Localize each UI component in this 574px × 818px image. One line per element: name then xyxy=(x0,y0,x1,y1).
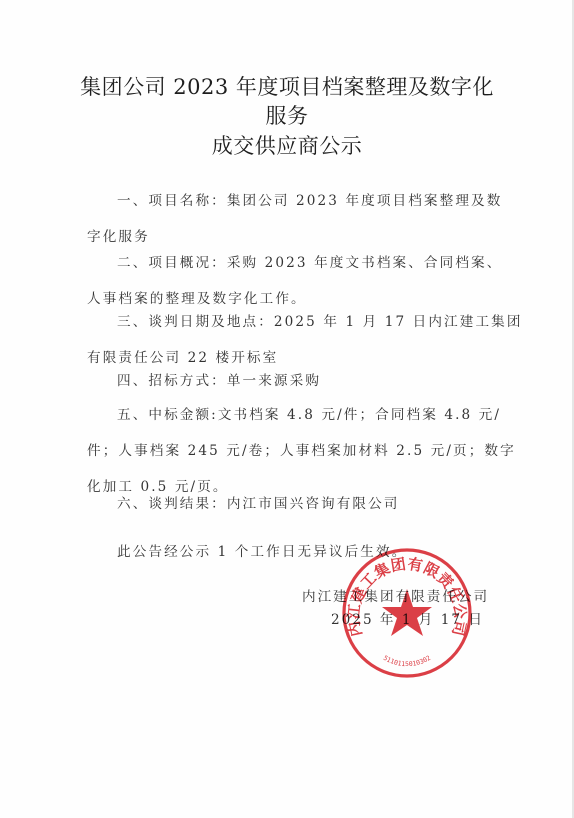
seal-code: 5110115010302 xyxy=(382,654,432,668)
document-title-line-3: 成交供应商公示 xyxy=(0,131,574,161)
section-negotiation-result: 六、谈判结果：内江市国兴咨询有限公司 xyxy=(87,486,487,522)
document-title-line-2: 服务 xyxy=(0,101,574,131)
section-line: 五、中标金额:文书档案 4.8 元/件；合同档案 4.8 元/ xyxy=(87,397,487,433)
section-line: 三、谈判日期及地点：2025 年 1 月 17 日内江建工集团 xyxy=(87,304,487,340)
section-line: 一、项目名称：集团公司 2023 年度项目档案整理及数 xyxy=(87,183,487,219)
document-title-line-1: 集团公司 2023 年度项目档案整理及数字化 xyxy=(0,72,574,102)
signature-company: 内江建工集团有限责任公司 xyxy=(302,585,489,605)
section-bidding-method: 四、招标方式：单一来源采购 xyxy=(87,363,487,399)
section-line: 件；人事档案 245 元/卷；人事档案加材料 2.5 元/页；数字 xyxy=(87,433,487,469)
svg-text:5110115010302: 5110115010302 xyxy=(382,654,432,668)
section-line: 四、招标方式：单一来源采购 xyxy=(87,363,487,399)
section-line: 六、谈判结果：内江市国兴咨询有限公司 xyxy=(87,486,487,522)
document-page: 集团公司 2023 年度项目档案整理及数字化 服务 成交供应商公示 一、项目名称… xyxy=(0,0,574,818)
notice-text: 此公告经公示 1 个工作日无异议后生效。 xyxy=(87,534,487,570)
section-line: 二、项目概况：采购 2023 年度文书档案、合同档案、 xyxy=(87,245,487,281)
signature-date: 2025 年 1 月 17 日 xyxy=(331,608,484,628)
effective-notice: 此公告经公示 1 个工作日无异议后生效。 xyxy=(87,534,487,570)
